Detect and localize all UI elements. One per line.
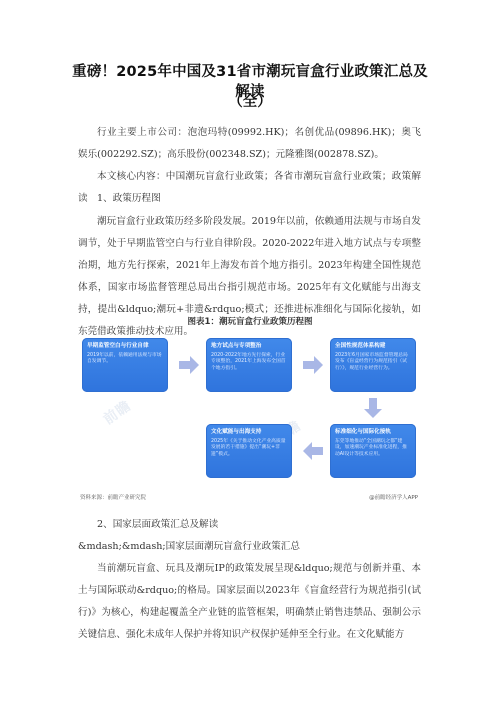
stage-title: 全国性规范体系构建 <box>335 342 411 350</box>
stage-title: 文化赋能与出海支持 <box>211 428 287 436</box>
section1-heading: 1、政策历程图 <box>97 188 161 210</box>
policy-timeline-figure: 前瞻 前瞻 图表1：潮玩盲盒行业政策历程图 早期监管空白与行业自律 2019年以… <box>72 312 428 508</box>
stage-box-1: 早期监管空白与行业自律 2019年以前，依赖通用法规与市场自发调节。 <box>82 338 168 392</box>
stage-body: 东莞等地推动“全国潮玩之都”建设，加速潮玩产业标准化进程，推动AI设计等技术应用… <box>335 439 411 458</box>
section2-heading: 2、国家层面政策汇总及解读 <box>97 514 218 536</box>
document-subtitle: （全） <box>70 92 430 112</box>
stage-body: 2023年6月国家市场监督管理总局发布《盲盒经营行为规范指引（试行）》，规范行业… <box>335 353 411 372</box>
stage-box-5: 文化赋能与出海支持 2025年《关于推动文化产业高质量发展的若干措施》提出“潮玩… <box>206 424 292 478</box>
figure-credit: @前瞻经济学人APP <box>369 493 418 501</box>
stage-body: 2019年以前，依赖通用法规与市场自发调节。 <box>87 353 163 366</box>
stage-box-3: 全国性规范体系构建 2023年6月国家市场监督管理总局发布《盲盒经营行为规范指引… <box>330 338 416 392</box>
stage-title: 早期监管空白与行业自律 <box>87 342 163 350</box>
stage-title: 地方试点与专项整治 <box>211 342 287 350</box>
watermark: 前瞻 <box>99 395 135 429</box>
listed-companies-label: 行业主要上市公司： <box>97 127 188 138</box>
stage-body: 2020-2022年地方先行探索，行业专项整治，2021年上海发布全国首个地方指… <box>211 353 287 372</box>
listed-companies-paragraph: 行业主要上市公司：泡泡玛特(09992.HK)；名创优品(09896.HK)；奥… <box>78 122 421 166</box>
arrow-right-icon <box>179 356 199 374</box>
section2-subheading: &mdash;&mdash;国家层面潮玩盲盒行业政策汇总 <box>78 536 421 558</box>
figure-source: 资料来源：前瞻产业研究院 <box>80 493 146 501</box>
section2-paragraph: 当前潮玩盲盒、玩具及潮玩IP的政策发展呈现&ldquo;规范与创新并重、本土与国… <box>78 558 421 646</box>
figure-title: 图表1：潮玩盲盒行业政策历程图 <box>72 315 428 327</box>
stage-title: 标准细化与国际化接轨 <box>335 428 411 436</box>
stage-body: 2025年《关于推动文化产业高质量发展的若干措施》提出“潮玩+非遗”模式。 <box>211 439 287 458</box>
stage-box-2: 地方试点与专项整治 2020-2022年地方先行探索，行业专项整治，2021年上… <box>206 338 292 392</box>
arrow-left-icon <box>303 442 323 460</box>
stage-box-4: 标准细化与国际化接轨 东莞等地推动“全国潮玩之都”建设，加速潮玩产业标准化进程，… <box>330 424 416 478</box>
arrow-down-icon <box>364 398 382 418</box>
arrow-right-icon <box>303 356 323 374</box>
